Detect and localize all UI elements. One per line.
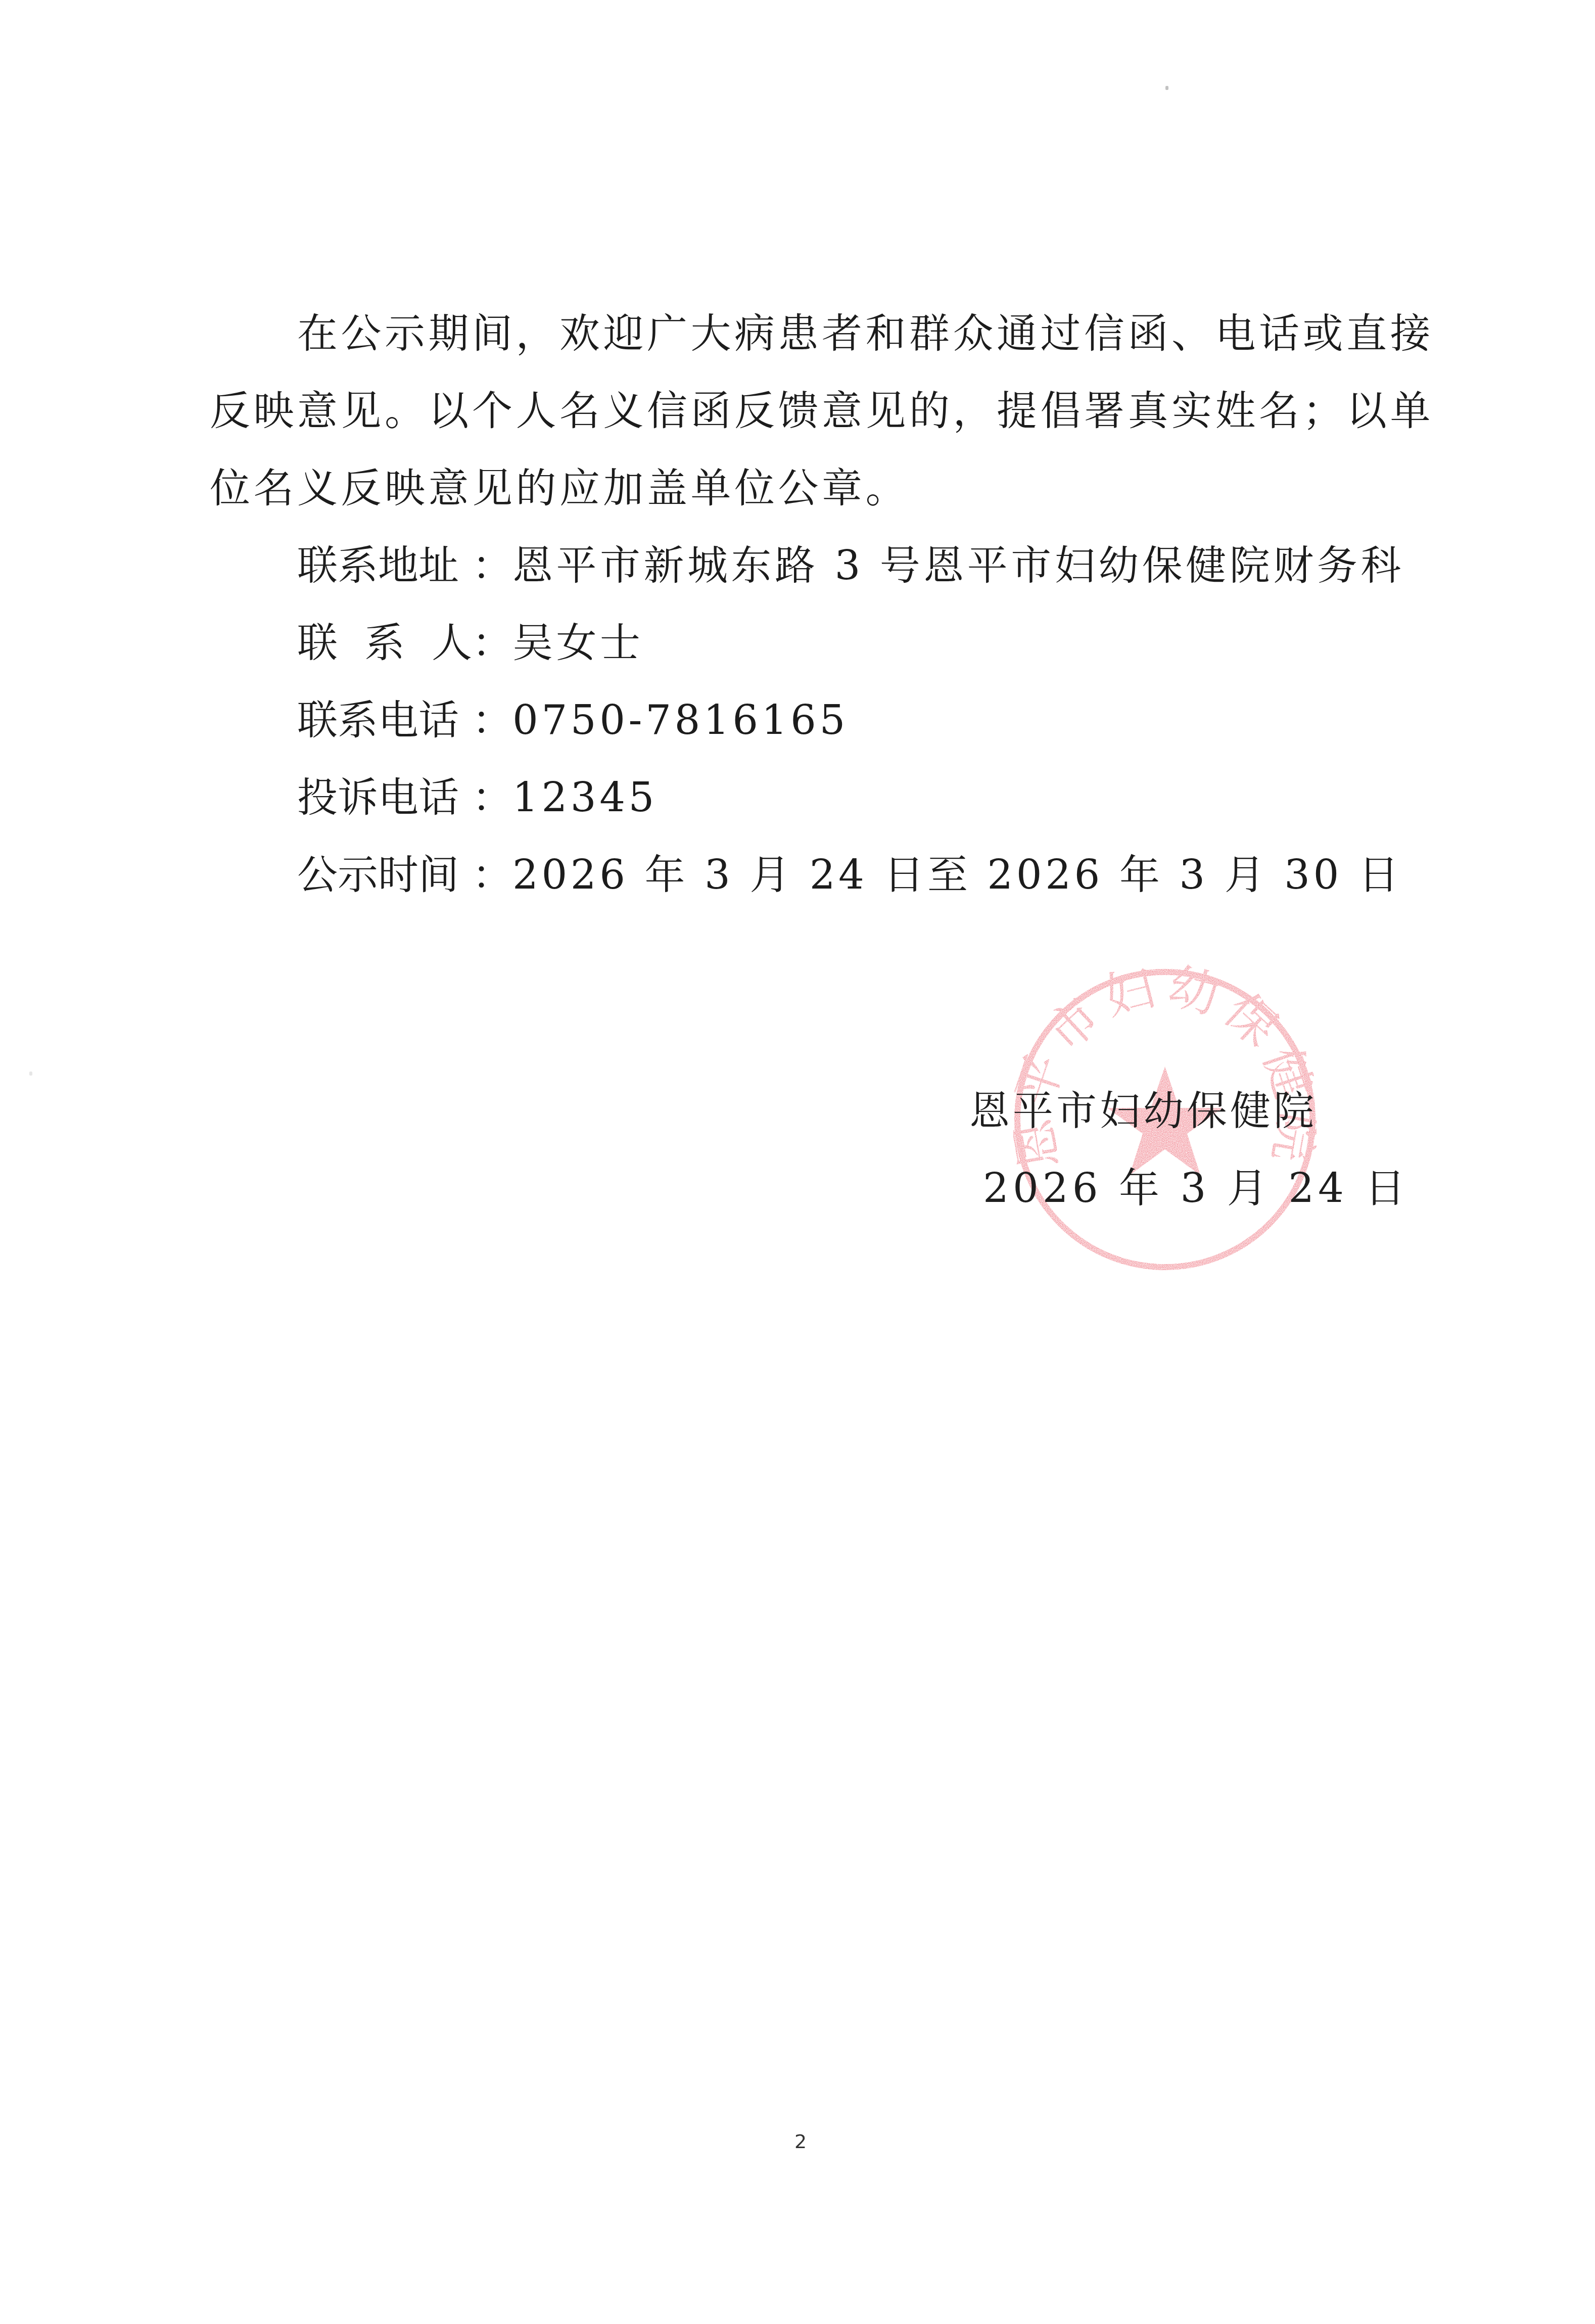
paragraph-line-3: 位名义反映意见的应加盖单位公章。: [210, 464, 909, 513]
label-char: 人: [432, 619, 472, 667]
scan-speck: [1165, 86, 1168, 90]
document-page: 在公示期间，欢迎广大病患者和群众通过信函、电话或直接 反映意见。以个人名义信函反…: [0, 0, 1595, 2324]
paragraph-line-1: 在公示期间，欢迎广大病患者和群众通过信函、电话或直接: [297, 309, 1434, 358]
contact-person-value: 吴女士: [512, 619, 644, 666]
complaint-phone: 投诉电话：12345: [297, 773, 658, 822]
contact-address-label: 联系地址: [297, 541, 472, 590]
colon: ：: [472, 619, 512, 666]
signature-date: 2026 年 3 月 24 日: [983, 1164, 1409, 1213]
contact-address-value: 恩平市新城东路 3 号恩平市妇幼保健院财务科: [512, 542, 1404, 589]
signature-organization: 恩平市妇幼保健院: [969, 1087, 1317, 1135]
publicity-period: 公示时间：2026 年 3 月 24 日至 2026 年 3 月 30 日: [297, 851, 1402, 899]
colon: ：: [472, 774, 512, 821]
publicity-period-value: 2026 年 3 月 24 日至 2026 年 3 月 30 日: [512, 851, 1402, 898]
label-char: 系: [364, 619, 405, 667]
contact-person: 联 系 人 ：吴女士: [297, 619, 644, 667]
page-number: 2: [794, 2130, 807, 2153]
contact-phone-value: 0750-7816165: [512, 696, 849, 743]
colon: ：: [472, 542, 512, 589]
complaint-phone-label: 投诉电话: [297, 773, 472, 822]
contact-address: 联系地址：恩平市新城东路 3 号恩平市妇幼保健院财务科: [297, 541, 1404, 590]
publicity-period-label: 公示时间: [297, 851, 472, 899]
contact-phone: 联系电话：0750-7816165: [297, 696, 849, 745]
label-char: 联: [297, 619, 338, 667]
colon: ：: [472, 696, 512, 743]
contact-person-label: 联 系 人: [297, 619, 472, 667]
complaint-phone-value: 12345: [512, 774, 658, 821]
colon: ：: [472, 851, 512, 898]
scan-speck: [29, 1072, 32, 1076]
paragraph-line-2: 反映意见。以个人名义信函反馈意见的，提倡署真实姓名；以单: [210, 387, 1434, 435]
contact-phone-label: 联系电话: [297, 696, 472, 745]
